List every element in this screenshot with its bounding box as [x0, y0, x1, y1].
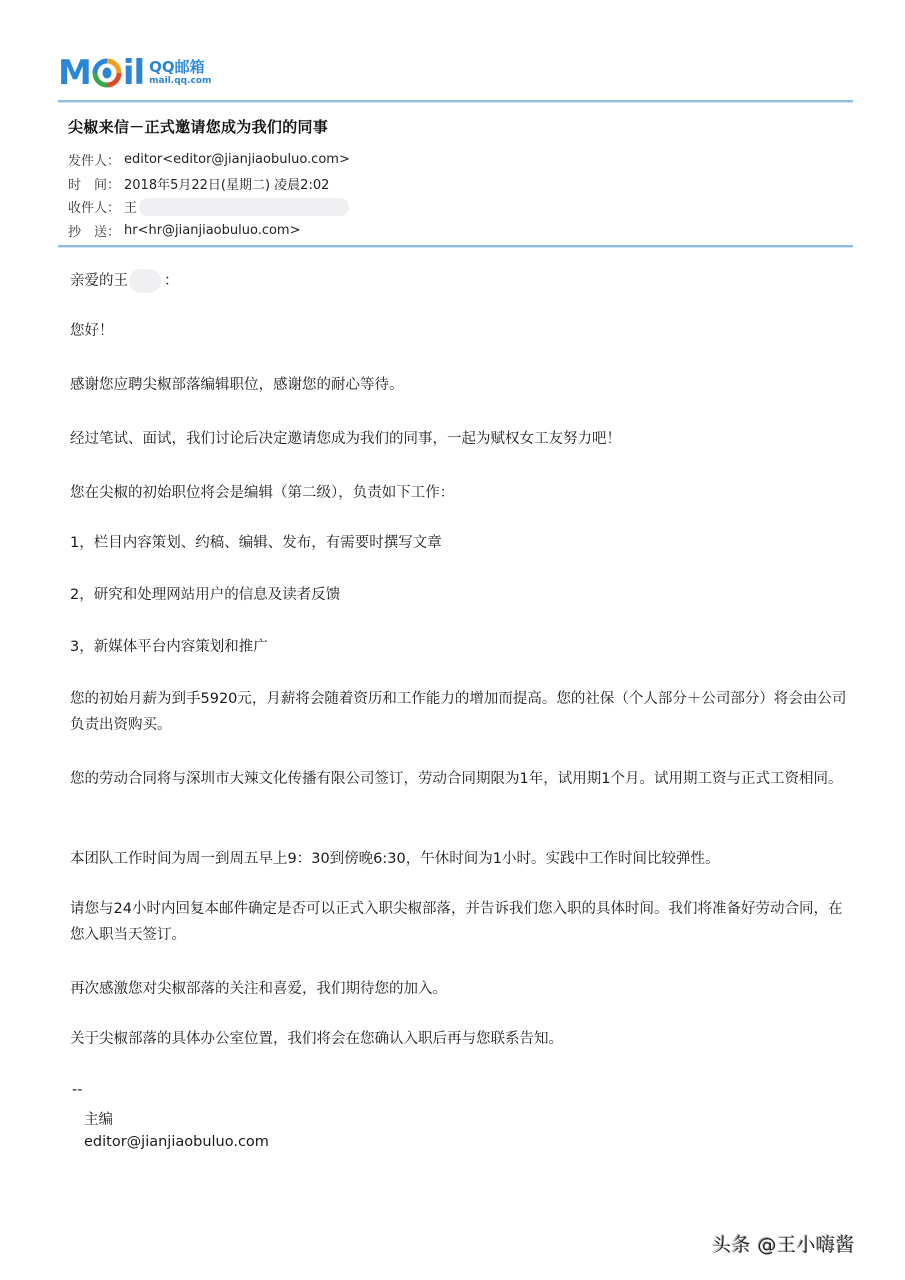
duty-item: 2，研究和处理网站用户的信息及读者反馈: [70, 582, 850, 608]
qq-penguin-ring-icon: [92, 58, 122, 88]
meta-label: 抄 送：: [68, 221, 124, 240]
greeting-prefix: 亲爱的王: [70, 273, 128, 289]
redacted-block: [129, 269, 161, 293]
watermark: 头条 @王小嗨酱: [712, 1230, 855, 1257]
paragraph: 再次感激您对尖椒部落的关注和喜爱，我们期待您的加入。: [70, 976, 850, 1002]
paragraph: 您的劳动合同将与深圳市大辣文化传播有限公司签订，劳动合同期限为1年，试用期1个月…: [70, 766, 850, 792]
meta-label: 时 间：: [68, 174, 124, 193]
signature-email[interactable]: editor@jianjiaobuluo.com: [84, 1134, 269, 1150]
logo-product-name: QQ邮箱: [149, 60, 211, 75]
email-print-page: M il QQ邮箱 mail.qq.com 尖椒来信－正式邀请您成为我们的同事 …: [0, 0, 905, 1280]
signature-separator: --: [72, 1082, 82, 1098]
meta-label: 发件人：: [68, 150, 124, 169]
paragraph: 请您与24小时内回复本邮件确定是否可以正式入职尖椒部落，并告诉我们您入职的具体时…: [70, 896, 850, 948]
meta-divider: [58, 245, 853, 248]
email-subject: 尖椒来信－正式邀请您成为我们的同事: [68, 116, 328, 137]
greeting: 亲爱的王：: [70, 268, 850, 294]
greeting-suffix: ：: [164, 273, 179, 289]
logo-url: mail.qq.com: [149, 77, 211, 86]
paragraph: 感谢您应聘尖椒部落编辑职位，感谢您的耐心等待。: [70, 372, 850, 398]
email-meta: 发件人： editor<editor@jianjiaobuluo.com> 时 …: [68, 148, 350, 242]
recipient-value[interactable]: 王: [124, 197, 137, 216]
paragraph: 您好！: [70, 318, 850, 344]
logo-letters-il: il: [123, 56, 144, 90]
redacted-block: [139, 198, 349, 216]
signature-title: 主编: [84, 1108, 113, 1129]
cc-value[interactable]: hr<hr@jianjiaobuluo.com>: [124, 223, 301, 238]
logo-letter-m: M: [58, 56, 91, 90]
mail-wordmark: M il: [58, 56, 144, 90]
paragraph: 关于尖椒部落的具体办公室位置，我们将会在您确认入职后再与您联系告知。: [70, 1026, 850, 1052]
paragraph: 您在尖椒的初始职位将会是编辑（第二级），负责如下工作：: [70, 480, 850, 506]
logo-text: QQ邮箱 mail.qq.com: [149, 60, 211, 86]
time-value: 2018年5月22日(星期二) 凌晨2:02: [124, 174, 329, 193]
duty-item: 3，新媒体平台内容策划和推广: [70, 634, 850, 660]
meta-label: 收件人：: [68, 197, 124, 216]
paragraph: 本团队工作时间为周一到周五早上9：30到傍晚6:30，午休时间为1小时。实践中工…: [70, 846, 850, 872]
meta-time: 时 间： 2018年5月22日(星期二) 凌晨2:02: [68, 172, 350, 196]
paragraph: 您的初始月薪为到手5920元，月薪将会随着资历和工作能力的增加而提高。您的社保（…: [70, 686, 850, 738]
meta-cc: 抄 送： hr<hr@jianjiaobuluo.com>: [68, 219, 350, 243]
meta-recipient: 收件人： 王: [68, 195, 350, 219]
duty-item: 1，栏目内容策划、约稿、编辑、发布，有需要时撰写文章: [70, 530, 850, 556]
meta-sender: 发件人： editor<editor@jianjiaobuluo.com>: [68, 148, 350, 172]
qq-mail-logo: M il QQ邮箱 mail.qq.com: [58, 53, 211, 93]
paragraph: 经过笔试、面试，我们讨论后决定邀请您成为我们的同事，一起为赋权女工友努力吧！: [70, 426, 850, 452]
header-divider: [58, 100, 853, 103]
sender-value[interactable]: editor<editor@jianjiaobuluo.com>: [124, 152, 350, 167]
